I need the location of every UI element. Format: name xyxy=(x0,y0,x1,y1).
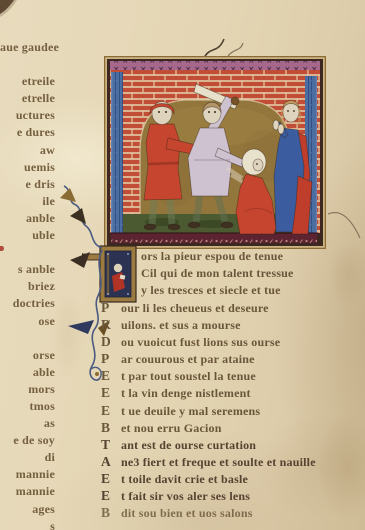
text-line: Bet nou erru Gacion xyxy=(101,419,316,436)
text-line-fragment: mannie xyxy=(0,466,55,483)
text-line-fragment: e dures xyxy=(0,124,55,141)
text-line-fragment: di xyxy=(0,449,55,466)
text-line-fragment: anble xyxy=(0,210,55,227)
line-text: dit sou bien et uos salons xyxy=(121,506,253,520)
text-line-fragment xyxy=(0,330,55,347)
text-line-fragment: e de soy xyxy=(0,432,55,449)
left-text-column: aue gaudee etreile etrelle uctures e dur… xyxy=(0,39,55,530)
text-line-fragment: e dris xyxy=(0,176,55,193)
line-initial: E xyxy=(101,384,121,401)
line-text: our li les cheueus et deseure xyxy=(121,301,269,315)
line-text: uilons. et sus a mourse xyxy=(121,318,241,332)
text-line-fragment: doctries xyxy=(0,295,55,312)
text-block-main: Pour li les cheueus et deseure Ruilons. … xyxy=(101,299,316,521)
text-line-fragment: aue gaudee xyxy=(0,39,55,56)
text-line-fragment: briez xyxy=(0,278,55,295)
text-line-fragment xyxy=(0,56,55,73)
line-initial: E xyxy=(101,367,121,384)
text-line: y les tresces et siecle et tue xyxy=(141,282,294,299)
text-line: Pour li les cheueus et deseure xyxy=(101,299,316,316)
line-text: ant est de ourse curtation xyxy=(121,438,256,452)
text-line: Et ue deuile y mal seremens xyxy=(101,402,316,419)
text-line-fragment: etreile xyxy=(0,73,55,90)
line-text: t fait sir vos aler ses lens xyxy=(121,489,250,503)
line-text: et nou erru Gacion xyxy=(121,421,222,435)
parchment-stain xyxy=(318,410,365,525)
line-initial: E xyxy=(101,487,121,504)
line-text: ne3 fiert et freque et soulte et nauille xyxy=(121,455,316,469)
text-line: Bdit sou bien et uos salons xyxy=(101,504,316,521)
parchment-stain xyxy=(326,240,365,310)
line-initial: A xyxy=(101,453,121,470)
text-line: Ane3 fiert et freque et soulte et nauill… xyxy=(101,453,316,470)
corner-defect xyxy=(0,0,20,20)
text-line: Par couurous et par ataine xyxy=(101,350,316,367)
text-line-fragment: s xyxy=(0,518,55,530)
line-text: ar couurous et par ataine xyxy=(121,352,255,366)
text-line-fragment: tmos xyxy=(0,398,55,415)
line-text: ou vuoicut fust lions sus ourse xyxy=(121,335,280,349)
text-line-fragment: ose xyxy=(0,313,55,330)
text-line-fragment: mannie xyxy=(0,483,55,500)
text-line-fragment: s anble xyxy=(0,261,55,278)
text-line-fragment xyxy=(0,244,55,261)
text-line: Dou vuoicut fust lions sus ourse xyxy=(101,333,316,350)
text-line-fragment: aw xyxy=(0,142,55,159)
text-line-fragment: uble xyxy=(0,227,55,244)
text-line-fragment: mors xyxy=(0,381,55,398)
manuscript-page: aue gaudee etreile etrelle uctures e dur… xyxy=(0,0,365,530)
line-initial: E xyxy=(101,402,121,419)
text-line-fragment: ages xyxy=(0,501,55,518)
text-line: Ruilons. et sus a mourse xyxy=(101,316,316,333)
line-initial: R xyxy=(101,316,121,333)
text-line-fragment: uemis xyxy=(0,159,55,176)
text-line-fragment: orse xyxy=(0,347,55,364)
text-line-fragment: as xyxy=(0,415,55,432)
line-initial: P xyxy=(101,299,121,316)
text-line-fragment: uctures xyxy=(0,107,55,124)
line-text: t par tout soustel la tenue xyxy=(121,369,256,383)
text-line-fragment: ile xyxy=(0,193,55,210)
line-initial: D xyxy=(101,333,121,350)
hair-defect xyxy=(326,206,365,242)
line-text: t toile davit crie et basle xyxy=(121,472,248,486)
line-initial: B xyxy=(101,419,121,436)
text-line: Cil qui de mon talent tressue xyxy=(141,265,294,282)
line-initial: E xyxy=(101,470,121,487)
text-line: Et par tout soustel la tenue xyxy=(101,367,316,384)
text-line: Tant est de ourse curtation xyxy=(101,436,316,453)
text-line-fragment: etrelle xyxy=(0,90,55,107)
line-text: t la vin denge nistlement xyxy=(121,386,251,400)
text-line-fragment: able xyxy=(0,364,55,381)
text-line: Et la vin denge nistlement xyxy=(101,384,316,401)
line-initial: T xyxy=(101,436,121,453)
miniature-illustration xyxy=(104,56,326,249)
text-line: Et fait sir vos aler ses lens xyxy=(101,487,316,504)
text-block-indented: ors la pieur espou de tenue Cil qui de m… xyxy=(141,248,294,299)
line-initial: P xyxy=(101,350,121,367)
text-line: Et toile davit crie et basle xyxy=(101,470,316,487)
line-initial: B xyxy=(101,504,121,521)
line-text: t ue deuile y mal seremens xyxy=(121,404,260,418)
text-line: ors la pieur espou de tenue xyxy=(141,248,294,265)
